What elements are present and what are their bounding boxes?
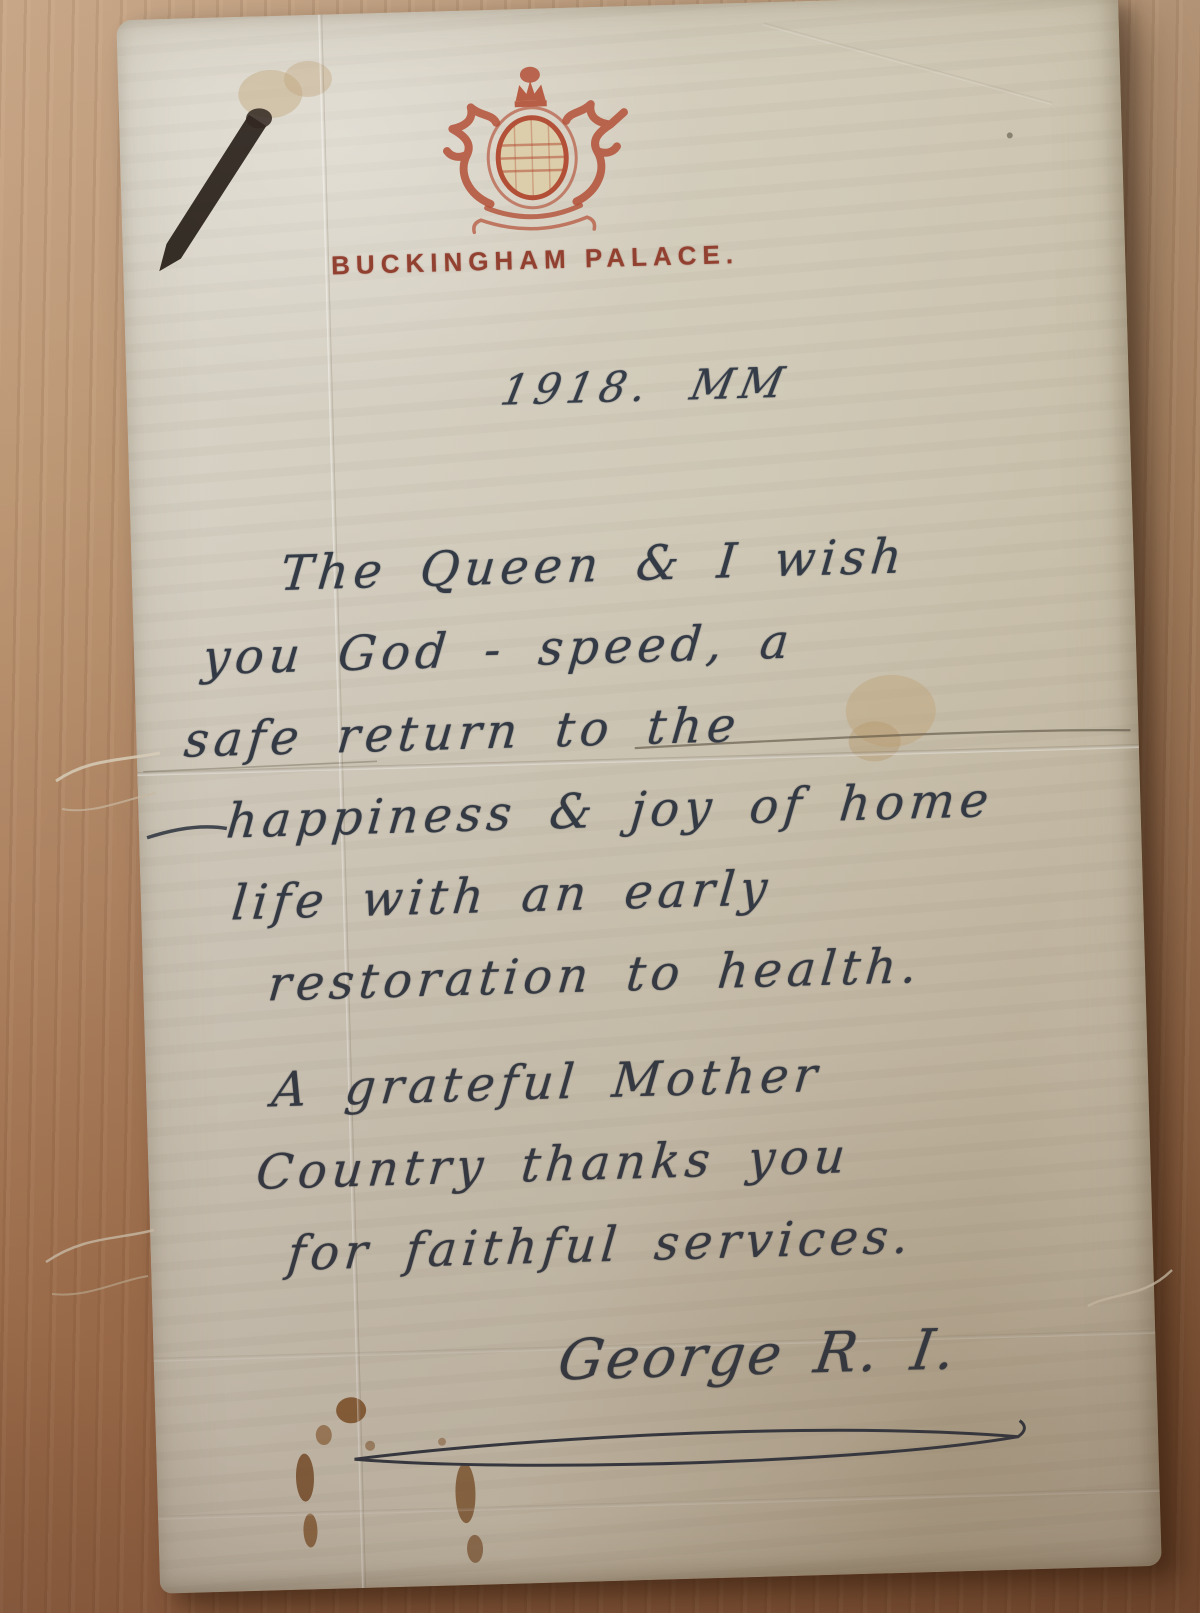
letter-paper: BUCKINGHAM PALACE. 1918. MM The Queen & …	[116, 0, 1162, 1594]
letter-body: 1918. MM The Queen & I wish you God - sp…	[174, 333, 1135, 1488]
royal-coat-of-arms-icon	[395, 57, 670, 249]
rust-stain	[467, 1535, 484, 1563]
paper-fiber	[48, 735, 168, 830]
paper-fiber	[1080, 1258, 1180, 1328]
ink-speck	[1007, 132, 1013, 138]
paper-fiber	[36, 1210, 166, 1320]
rust-stain	[303, 1513, 318, 1547]
date-line: 1918. MM	[497, 349, 1110, 415]
letter-paragraph-2: A grateful Mother Country thanks you for…	[193, 1026, 1130, 1298]
photo-of-letter-on-wooden-table: BUCKINGHAM PALACE. 1918. MM The Queen & …	[0, 0, 1200, 1613]
signature: George R. I.	[552, 1301, 1138, 1405]
letter-paragraph-1: The Queen & I wish you God - speed, a sa…	[179, 510, 1122, 1028]
burn-mark	[155, 114, 270, 271]
